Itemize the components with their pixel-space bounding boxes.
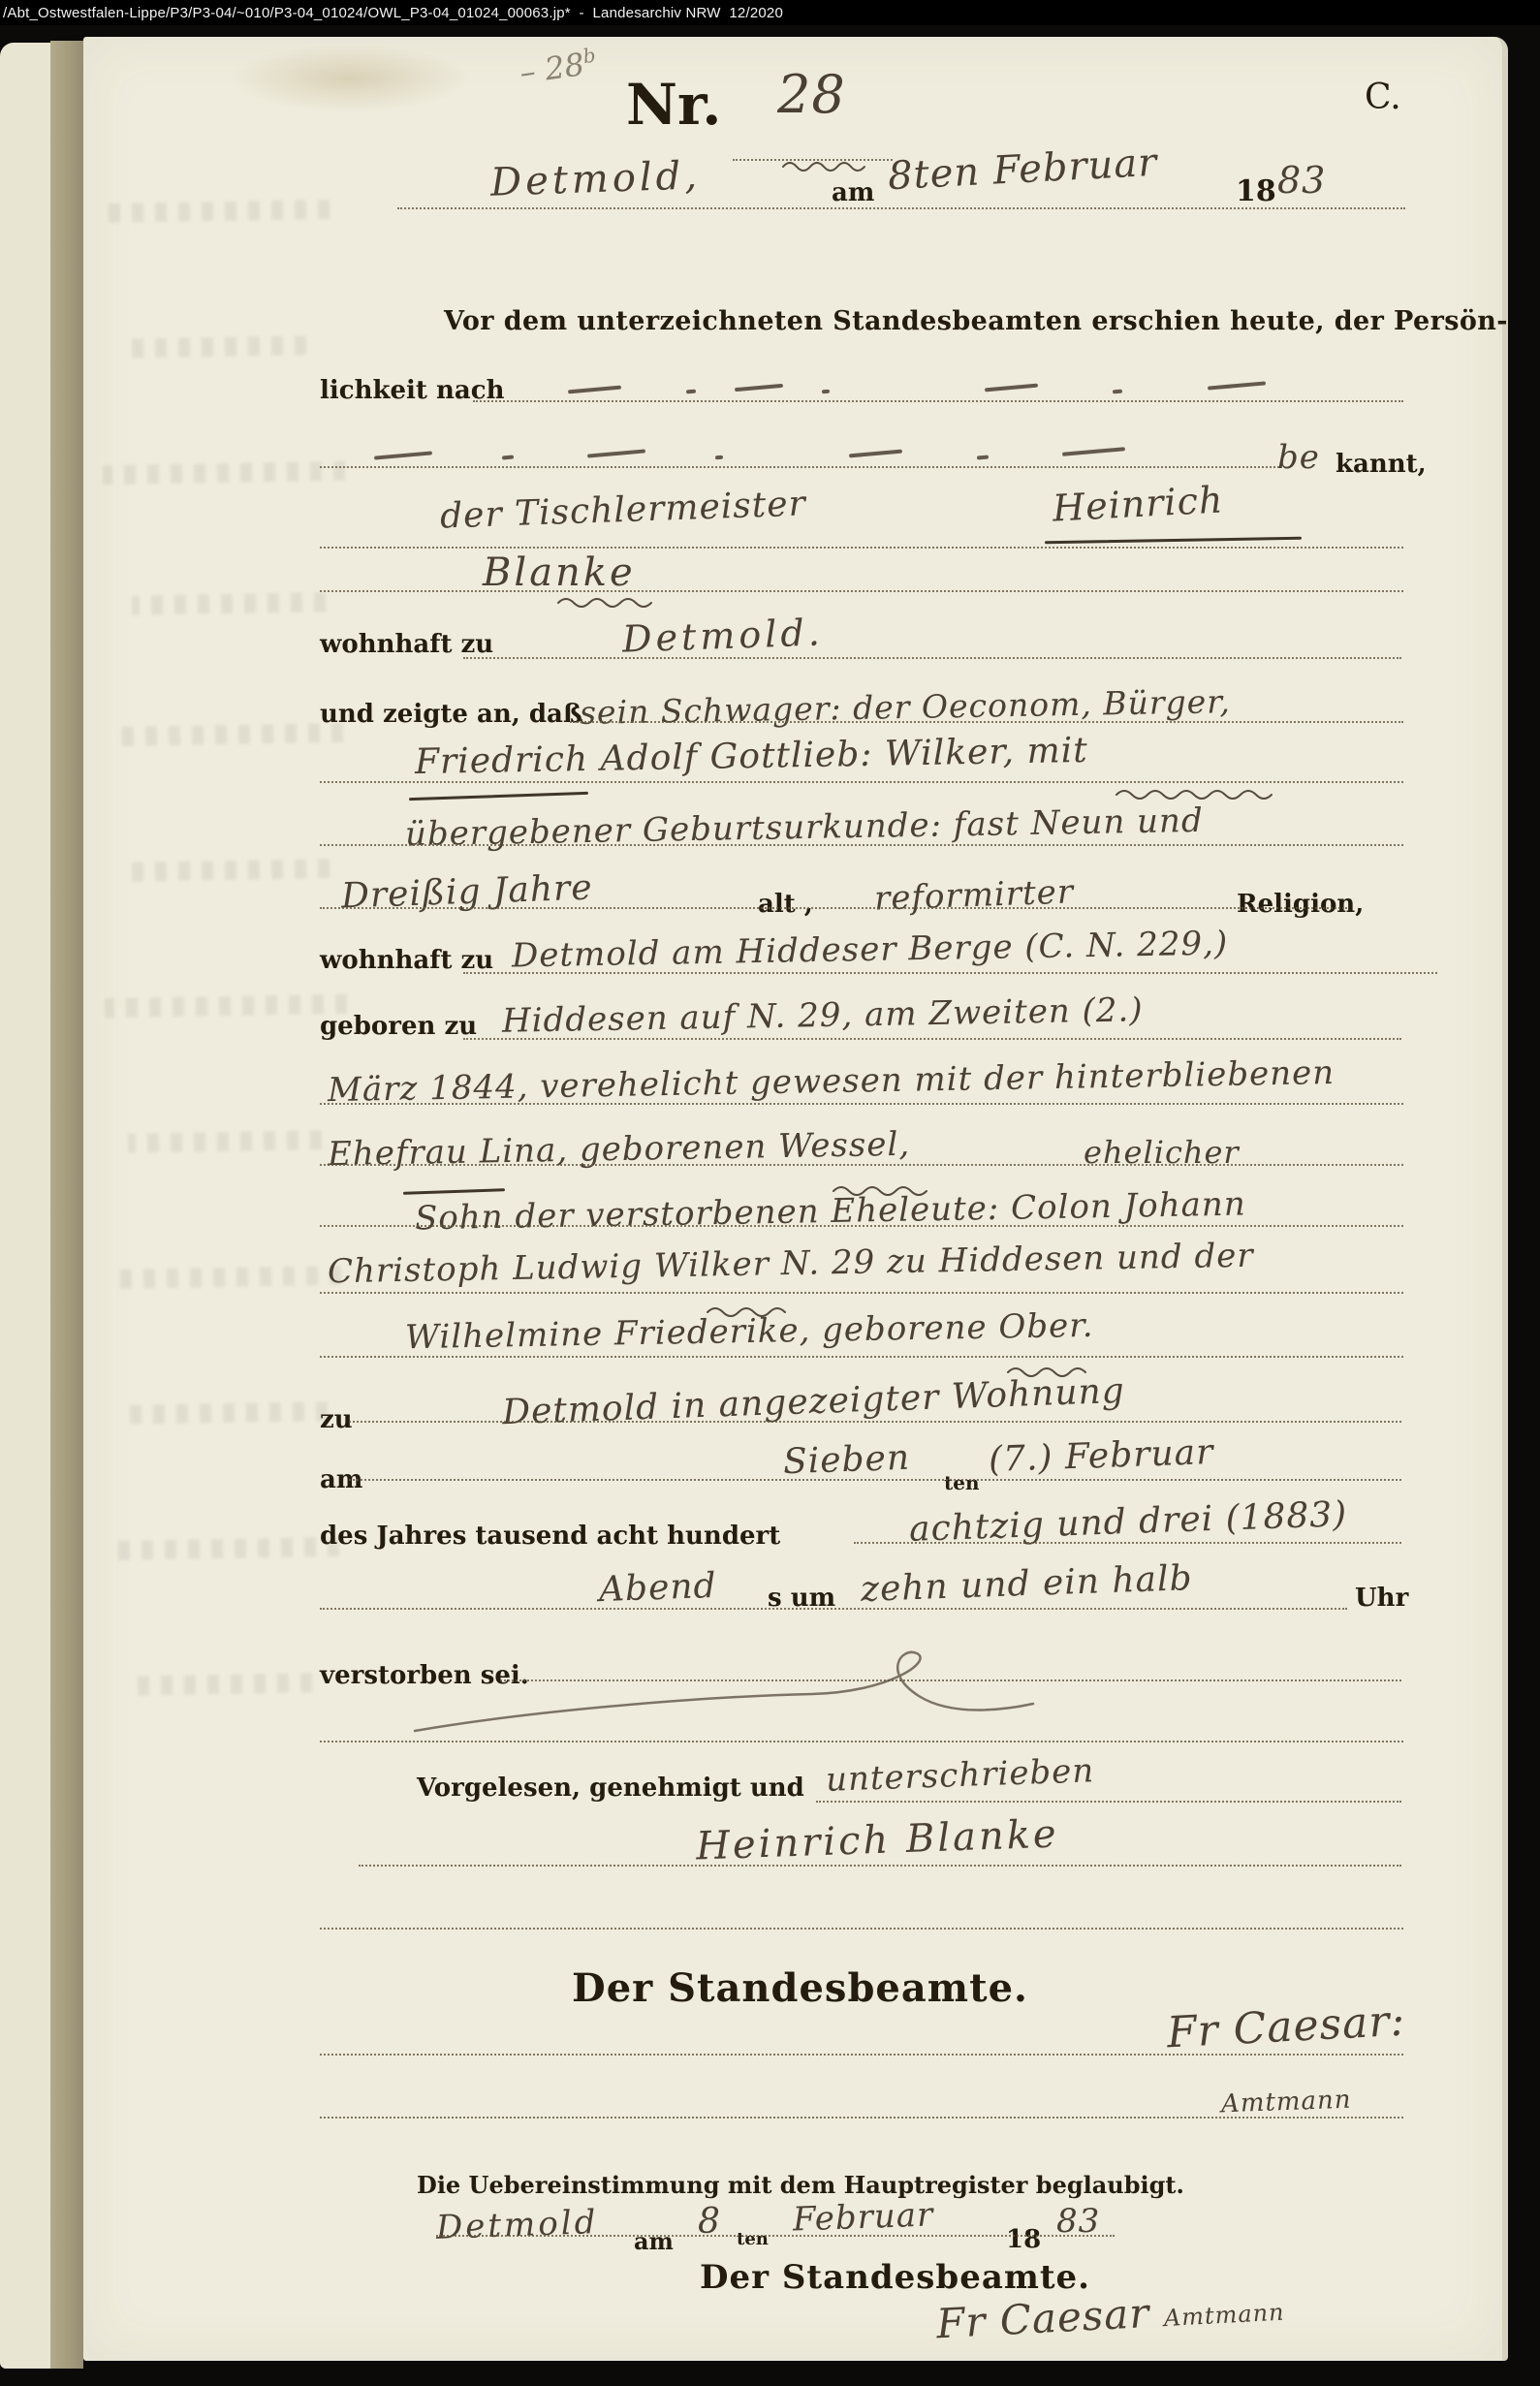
name-underline (409, 792, 588, 801)
titlebar-path: /Abt_Ostwestfalen-Lippe/P3/P3-04/~010/P3… (0, 5, 783, 21)
vorgelesen-label: Vorgelesen, genehmigt und (417, 1774, 804, 1803)
bleedthrough-mark (128, 1130, 322, 1152)
viewer-window: /Abt_Ostwestfalen-Lippe/P3/P3-04/~010/P3… (0, 0, 1540, 2386)
deceased-birthplace: Hiddesen auf N. 29, am Zweiten (2.) (502, 990, 1144, 1041)
known-print-kannt: kannt, (1336, 450, 1427, 479)
pen-dash (568, 386, 621, 394)
dotted-rule (463, 972, 1437, 974)
certification-ten-label: ten (737, 2229, 769, 2249)
document-page: – 28b Nr. 28 C. Detmold, am 8ten Februar… (83, 37, 1508, 2361)
pen-dash (822, 390, 830, 394)
deceased-religion: reformirter (873, 872, 1074, 918)
pen-dash (374, 451, 432, 459)
certification-place: Detmold (435, 2203, 599, 2247)
parents-line1: Sohn der verstorbenen Eheleute: Colon Jo… (415, 1185, 1246, 1239)
name-underline (1045, 537, 1302, 545)
left-page-edge (0, 43, 50, 2369)
dotted-rule (320, 1356, 1403, 1358)
book-gutter (50, 41, 83, 2369)
dotted-rule (320, 907, 1347, 909)
bleedthrough-mark (105, 994, 347, 1018)
dateline-year: 83 (1277, 159, 1326, 202)
dotted-rule (397, 207, 1405, 209)
declarant-residence: Detmold. (621, 611, 824, 660)
titlebar: /Abt_Ostwestfalen-Lippe/P3/P3-04/~010/P3… (0, 0, 1540, 25)
dotted-rule (320, 1741, 1403, 1742)
registrar-heading: Der Standesbeamte. (572, 1965, 1028, 2011)
unterschrieben-hand: unterschrieben (825, 1751, 1094, 1800)
residence-label: wohnhaft zu (320, 630, 493, 659)
birth-date-line: März 1844, verehelicht gewesen mit der h… (328, 1053, 1336, 1110)
birth-certificate-line: übergebener Geburtsurkunde: fast Neun un… (405, 801, 1204, 854)
declarant-surname: Blanke (483, 550, 636, 595)
death-time-word2: zehn und ein halb (860, 1558, 1193, 1610)
declarant-first-name: Heinrich (1052, 478, 1224, 529)
religion-label: Religion, (1237, 890, 1364, 919)
pen-dash (1062, 447, 1125, 456)
dotted-rule (320, 2054, 1403, 2056)
bleedthrough-mark (126, 859, 330, 882)
dateline-place: Detmold, (489, 153, 701, 205)
spouse-line: Ehefrau Lina, geborenen Wessel, (328, 1125, 911, 1174)
deceased-residence-label: wohnhaft zu (320, 946, 493, 975)
certification-signature-title: Amtmann (1163, 2299, 1285, 2332)
bleedthrough-mark (128, 1673, 312, 1695)
certification-month: Februar (792, 2195, 934, 2239)
dotted-rule (320, 590, 1403, 592)
dateline-century: 18 (1236, 174, 1276, 208)
dotted-rule (349, 1421, 1401, 1423)
dotted-rule (320, 1608, 1347, 1610)
declarant-signature: Heinrich Blanke (695, 1811, 1059, 1868)
certification-heading: Der Standesbeamte. (700, 2258, 1090, 2297)
intro-line1: Vor dem unterzeichneten Standesbeamten e… (444, 306, 1508, 336)
bleedthrough-mark (110, 723, 343, 746)
bleedthrough-mark (103, 461, 345, 485)
age-alt-label: alt , (758, 890, 813, 919)
dotted-rule (473, 400, 1403, 402)
dotted-rule (320, 1164, 1403, 1166)
bleedthrough-mark (124, 1401, 328, 1425)
name-underline (403, 1188, 505, 1195)
pen-dash (686, 390, 696, 394)
parents-line3: Wilhelmine Friederike, geborene Ober. (405, 1306, 1094, 1357)
dateline-am-label: am (832, 178, 874, 207)
certification-signature-name: Fr Caesar (935, 2289, 1151, 2347)
bleedthrough-mark (107, 1537, 339, 1560)
certification-century: 18 (1006, 2225, 1041, 2254)
bleedthrough-mark (109, 1266, 341, 1289)
deceased-relation: sein Schwager: der Oeconom, Bürger, (580, 682, 1231, 732)
death-place-label: zu (320, 1405, 353, 1434)
known-hand-be: be (1277, 438, 1320, 477)
certification-line: Die Uebereinstimmung mit dem Hauptregist… (417, 2171, 1184, 2199)
scan-area: – 28b Nr. 28 C. Detmold, am 8ten Februar… (0, 25, 1540, 2386)
pen-dash (1113, 390, 1122, 394)
pen-dash (587, 449, 645, 457)
dotted-rule (816, 1801, 1401, 1803)
wavy-underline (1115, 789, 1279, 801)
notice-label: und zeigte an, daß (320, 700, 582, 729)
parents-line2: Christoph Ludwig Wilker N. 29 zu Hiddese… (328, 1237, 1254, 1292)
deceased-age: Dreißig Jahre (340, 867, 593, 916)
death-year-label: des Jahres tausend acht hundert (320, 1522, 780, 1551)
dotted-rule (320, 466, 1279, 468)
death-day-rest: (7.) Februar (988, 1432, 1214, 1480)
death-day-word: Sieben (782, 1438, 910, 1483)
pen-dash (985, 384, 1038, 392)
record-number-value: 28 (777, 64, 846, 125)
death-day-ten-label: ten (944, 1471, 980, 1494)
pen-dash (715, 455, 723, 460)
death-place: Detmold in angezeigter Wohnung (501, 1371, 1125, 1432)
wavy-underline (781, 161, 868, 173)
pen-dash (1208, 381, 1266, 390)
dotted-rule (320, 2117, 1403, 2119)
dotted-rule (436, 2235, 1115, 2237)
declarant-occupation: der Tischlermeister (439, 484, 806, 536)
dotted-rule (570, 721, 1403, 723)
dotted-rule (320, 1292, 1403, 1294)
dotted-rule (463, 1038, 1401, 1040)
pencil-note-sup: b (581, 44, 597, 69)
bleedthrough-mark (107, 200, 330, 223)
dotted-rule (320, 1225, 1403, 1227)
corner-letter: C. (1365, 78, 1401, 117)
death-time-uhr-label: Uhr (1355, 1584, 1408, 1613)
pen-dash (502, 455, 514, 459)
death-time-word1: Abend (598, 1566, 717, 1610)
paper-stain (229, 45, 471, 112)
dotted-rule (359, 1865, 1401, 1867)
dotted-rule (320, 1103, 1403, 1105)
wavy-underline (556, 597, 663, 609)
registrar-title-note: Amtmann (1221, 2086, 1352, 2119)
deceased-residence: Detmold am Hiddeser Berge (C. N. 229,) (512, 925, 1229, 976)
pencil-note: – 28b (518, 44, 599, 91)
pen-dash (735, 384, 783, 392)
birthplace-label: geboren zu (320, 1012, 477, 1041)
void-flourish-stroke (405, 1646, 1045, 1744)
dotted-rule (320, 844, 1403, 846)
bleedthrough-mark (132, 592, 326, 614)
pen-dash (977, 455, 989, 459)
registrar-signature: Fr Caesar: (1166, 1996, 1406, 2058)
record-number-label: Nr. (626, 72, 721, 138)
dotted-rule (463, 657, 1401, 659)
dotted-rule (320, 547, 1403, 549)
deceased-name-line: Friedrich Adolf Gottlieb: Wilker, mit (415, 731, 1088, 782)
certification-am-label: am (634, 2227, 674, 2255)
pen-dash (849, 450, 902, 458)
dotted-rule (854, 1542, 1401, 1544)
bleedthrough-mark (122, 335, 306, 358)
dotted-rule (320, 1928, 1403, 1930)
dotted-rule (349, 1479, 1401, 1481)
dateline-date: 8ten Februar (887, 141, 1158, 200)
dotted-rule (320, 781, 1403, 783)
